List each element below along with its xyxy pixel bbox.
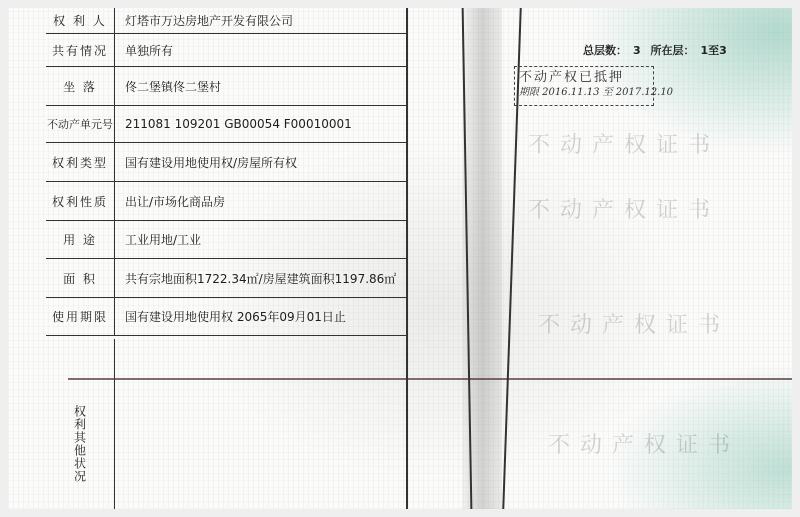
row-other-status: 权利其他状况 — [46, 339, 406, 509]
field-label-other-status: 权利其他状况 — [72, 405, 89, 483]
located-floor-label: 所在层： — [651, 44, 695, 57]
rights-table: 权 利 人 灯塔市万达房地产开发有限公司 共有情况 单独所有 坐 落 佟二堡镇佟… — [46, 8, 406, 336]
total-floors-value: 3 — [633, 44, 641, 57]
field-value-co-ownership: 单独所有 — [114, 34, 406, 66]
field-label: 权利性质 — [46, 193, 114, 210]
field-value-usage: 工业用地/工业 — [114, 221, 406, 258]
stamp-title: 不动产权已抵押 — [519, 69, 649, 86]
field-label: 面 积 — [46, 270, 114, 287]
field-value-location: 佟二堡镇佟二堡村 — [114, 67, 406, 105]
field-value-term: 国有建设用地使用权 2065年09月01日止 — [114, 298, 406, 335]
floor-info: 总层数：3 所在层：1至3 — [583, 42, 733, 58]
fold-line — [68, 378, 792, 380]
table-border — [406, 8, 408, 509]
mortgage-stamp: 不动产权已抵押 期限 2016.11.13 至 2017.12.10 — [514, 66, 654, 106]
row-right-nature: 权利性质 出让/市场化商品房 — [46, 182, 406, 221]
field-label: 坐 落 — [46, 78, 114, 95]
field-label: 共有情况 — [46, 42, 114, 59]
total-floors-label: 总层数： — [583, 44, 627, 57]
field-value-right-type: 国有建设用地使用权/房屋所有权 — [114, 143, 406, 181]
field-value-right-nature: 出让/市场化商品房 — [114, 182, 406, 220]
located-floor-value: 1至3 — [701, 44, 727, 57]
field-label: 不动产单元号 — [46, 116, 114, 132]
bleed-through-text: 不动产权证书 — [538, 308, 730, 339]
scan-smudge — [462, 8, 502, 509]
field-value-other-status — [114, 339, 406, 509]
field-label: 权利类型 — [46, 154, 114, 171]
field-label: 权 利 人 — [46, 12, 114, 29]
field-label: 使用期限 — [46, 308, 114, 325]
field-label: 用 途 — [46, 231, 114, 248]
row-area: 面 积 共有宗地面积1722.34㎡/房屋建筑面积1197.86㎡ — [46, 259, 406, 298]
bleed-through-text: 不动产权证书 — [528, 193, 720, 224]
row-location: 坐 落 佟二堡镇佟二堡村 — [46, 67, 406, 106]
row-unit-number: 不动产单元号 211081 109201 GB00054 F00010001 — [46, 106, 406, 143]
bleed-through-text: 不动产权证书 — [528, 128, 720, 159]
field-value-owner: 灯塔市万达房地产开发有限公司 — [114, 8, 406, 33]
field-value-unit-number: 211081 109201 GB00054 F00010001 — [114, 106, 406, 142]
row-right-type: 权利类型 国有建设用地使用权/房屋所有权 — [46, 143, 406, 182]
field-value-area: 共有宗地面积1722.34㎡/房屋建筑面积1197.86㎡ — [114, 259, 406, 297]
bleed-through-text: 不动产权证书 — [548, 428, 740, 459]
row-co-ownership: 共有情况 单独所有 — [46, 34, 406, 67]
row-owner: 权 利 人 灯塔市万达房地产开发有限公司 — [46, 8, 406, 34]
certificate-page: 不动产权证书 不动产权证书 不动产权证书 不动产权证书 权 利 人 灯塔市万达房… — [8, 8, 792, 509]
other-status-label-cell: 权利其他状况 — [46, 339, 114, 509]
row-usage: 用 途 工业用地/工业 — [46, 221, 406, 259]
row-term: 使用期限 国有建设用地使用权 2065年09月01日止 — [46, 298, 406, 336]
stamp-date: 期限 2016.11.13 至 2017.12.10 — [519, 86, 649, 100]
